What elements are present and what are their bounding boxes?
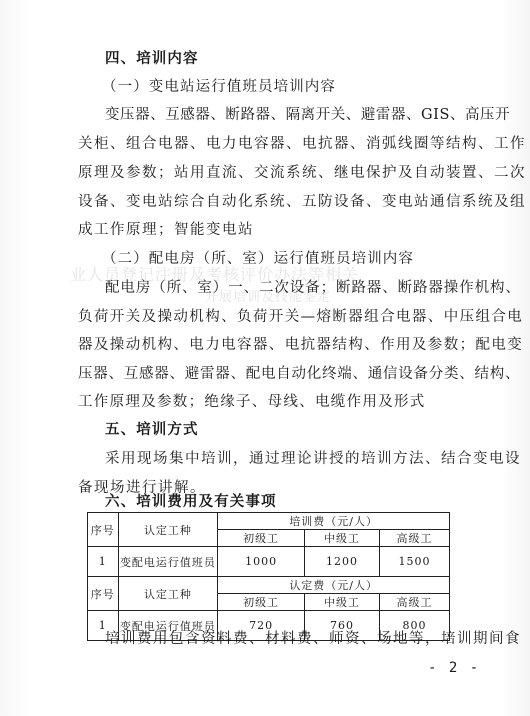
page-number: - 2 - — [428, 660, 480, 676]
header-seq: 序号 — [88, 513, 119, 547]
cell-job-type: 变配电运行值班员 — [118, 547, 218, 577]
paragraph-line: 器及操动机构、电力电容器、电抗器结构、作用及参数；配电变 — [78, 336, 523, 354]
paragraph-line: 关柜、组合电器、电力电容器、电抗器、消弧线圈等结构、工作 — [78, 135, 526, 153]
cell-fee-junior: 1000 — [218, 547, 305, 577]
paragraph-line: 原理及参数；站用直流、交流系统、继电保护及自动装置、二次 — [78, 164, 526, 182]
header-level-junior: 初级工 — [218, 594, 305, 611]
section-4-1-heading: （一）变电站运行值班员培训内容 — [102, 78, 336, 96]
cell-fee-intermediate: 1200 — [304, 547, 379, 577]
cell-seq: 1 — [88, 547, 119, 577]
paragraph-line: 成工作原理；智能变电站 — [78, 221, 254, 239]
section-6-heading: 六、培训费用及有关事项 — [105, 493, 277, 511]
paragraph-line: 压器、互感器、避雷器、配电自动化终端、通信设备分类、结构、 — [78, 365, 520, 383]
header-seq: 序号 — [88, 577, 119, 611]
header-job-type: 认定工种 — [118, 513, 218, 547]
paragraph-line: 采用现场集中培训，通过理论讲授的培训方法、结合变电设 — [105, 450, 521, 468]
header-job-type: 认定工种 — [118, 577, 218, 611]
paragraph-line: 变压器、互感器、断路器、隔离开关、避雷器、GIS、高压开 — [105, 106, 510, 124]
table-row: 1 变配电运行值班员 1000 1200 1500 — [88, 547, 450, 577]
header-level-senior: 高级工 — [379, 594, 449, 611]
fee-table: 序号 认定工种 培训费（元/人） 初级工 中级工 高级工 1 变配电运行值班员 … — [87, 512, 450, 641]
header-training-fee: 培训费（元/人） — [218, 513, 450, 530]
paragraph-line: 设备、变电站综合自动化系统、五防设备、变电站通信系统及组 — [78, 193, 526, 211]
section-5-heading: 五、培训方式 — [105, 421, 199, 439]
header-level-intermediate: 中级工 — [304, 530, 379, 547]
header-level-senior: 高级工 — [379, 530, 449, 547]
paragraph-line: 配电房（所、室）一、二次设备；断路器、断路器操作机构、 — [105, 279, 521, 297]
header-level-intermediate: 中级工 — [304, 594, 379, 611]
section-4-2-heading: （二）配电房（所、室）运行值班员培训内容 — [102, 250, 414, 268]
section-4-heading: 四、培训内容 — [105, 50, 199, 68]
document-page: 业人员登记注册及考核评价办法等相关 开展培训及技能鉴定 四、培训内容 （一）变电… — [0, 0, 530, 716]
cell-fee-senior: 1500 — [379, 547, 449, 577]
paragraph-line: 负荷开关及操动机构、负荷开关—熔断器组合电器、中压组合电 — [78, 308, 523, 326]
header-level-junior: 初级工 — [218, 530, 305, 547]
header-certification-fee: 认定费（元/人） — [218, 577, 450, 594]
paragraph-line: 培训费用包含资料费、材料费、师资、场地等，培训期间食 — [105, 630, 521, 648]
paragraph-line: 工作原理及参数；绝缘子、母线、电缆作用及形式 — [78, 393, 426, 411]
